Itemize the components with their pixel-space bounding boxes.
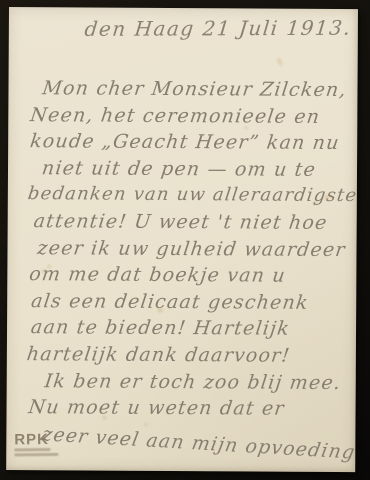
stamp-fine-print bbox=[14, 453, 58, 456]
handwriting-line: niet uit de pen — om u te bbox=[40, 155, 356, 183]
rpk-collection-stamp: RPK bbox=[14, 433, 58, 456]
handwriting-line: aan te bieden! Hartelijk bbox=[29, 314, 355, 343]
stamp-label: RPK bbox=[14, 433, 58, 446]
handwriting-line: hartelijk dank daarvoor! bbox=[25, 341, 355, 370]
handwriting-line: koude „Geacht Heer” kan nu bbox=[28, 128, 356, 157]
handwriting-line: bedanken van uw alleraardigste bbox=[26, 182, 356, 211]
stamp-fine-print bbox=[14, 448, 50, 451]
foxing-spot bbox=[157, 308, 163, 313]
handwriting-line: als een delicaat geschenk bbox=[29, 288, 355, 317]
handwriting-line: zeer ik uw gulheid waardeer bbox=[36, 235, 356, 264]
letter-dateline: den Haag 21 Juli 1913. bbox=[84, 16, 353, 41]
handwriting-line: Nu moet u weten dat er bbox=[27, 394, 355, 423]
handwriting-line: attentie! U weet 't niet hoe bbox=[32, 208, 356, 237]
handwriting-line: Mon cher Monsieur Zilcken, bbox=[41, 75, 357, 103]
foxing-spot bbox=[324, 195, 330, 200]
letter-body: Mon cher Monsieur Zilcken, Neen, het cer… bbox=[26, 75, 355, 449]
foxing-spot bbox=[244, 126, 248, 129]
letter-paper: den Haag 21 Juli 1913. Mon cher Monsieur… bbox=[6, 7, 358, 472]
handwriting-line: om me dat boekje van u bbox=[28, 261, 356, 290]
foxing-spot bbox=[41, 269, 46, 273]
handwriting-line: zeer veel aan mijn opvoeding bbox=[40, 421, 353, 466]
handwriting-line: Neen, het ceremonieele en bbox=[29, 102, 357, 131]
foxing-spot bbox=[277, 59, 282, 63]
handwriting-line: Ik ben er toch zoo blij mee. bbox=[43, 368, 355, 396]
foxing-spot bbox=[102, 416, 106, 420]
scan-background: den Haag 21 Juli 1913. Mon cher Monsieur… bbox=[0, 0, 370, 480]
